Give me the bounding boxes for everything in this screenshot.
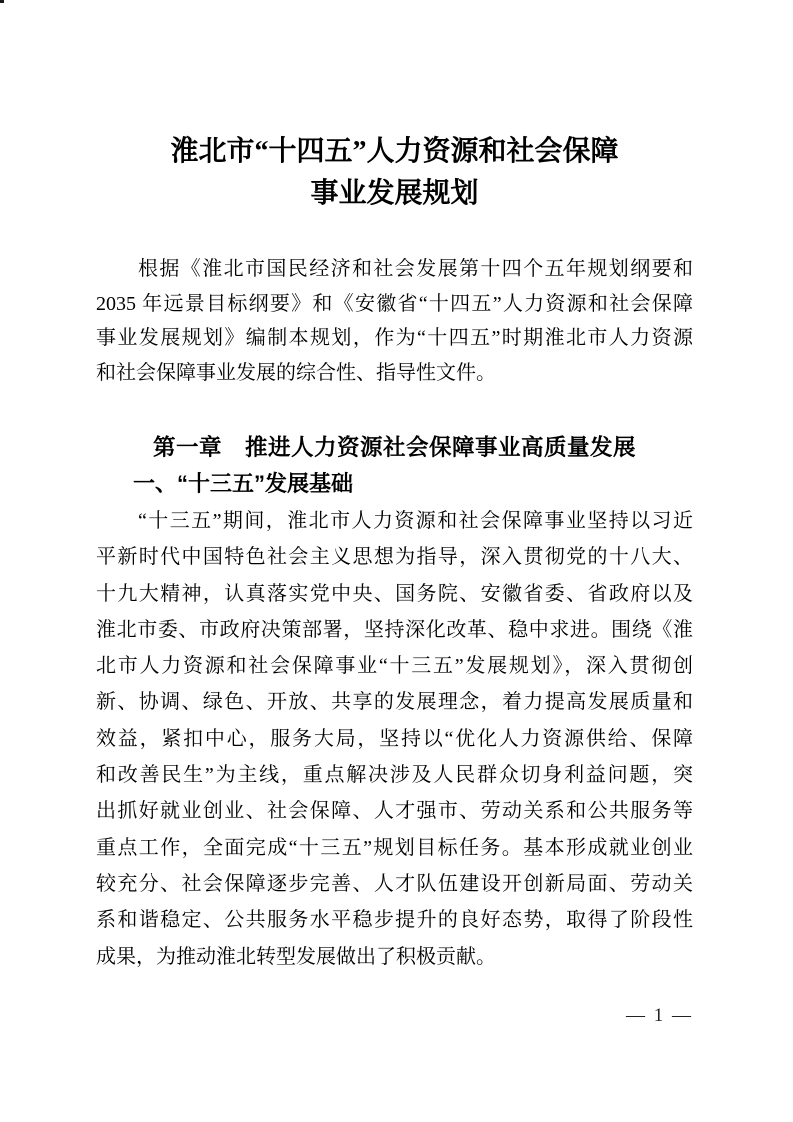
text-line: 北市人力资源和社会保障事业“十三五”发展规划》，深入贯彻创 bbox=[96, 648, 693, 684]
text-line: 2035 年远景目标纲要》和《安徽省“十四五”人力资源和社会保障 bbox=[96, 287, 693, 322]
page-content: 淮北市“十四五”人力资源和社会保障 事业发展规划 根据《淮北市国民经济和社会发展… bbox=[96, 0, 693, 1029]
scan-artifact bbox=[0, 0, 4, 3]
document-title: 淮北市“十四五”人力资源和社会保障 事业发展规划 bbox=[96, 131, 693, 215]
text-line: “十三五”期间，淮北市人力资源和社会保障事业坚持以习近 bbox=[96, 503, 693, 539]
text-line: 事业发展规划》编制本规划，作为“十四五”时期淮北市人力资源 bbox=[96, 321, 693, 356]
text-line: 和改善民生”为主线，重点解决涉及人民群众切身利益问题，突 bbox=[96, 757, 693, 793]
text-line: 十九大精神，认真落实党中央、国务院、安徽省委、省政府以及 bbox=[96, 576, 693, 612]
document-title-line1: 淮北市“十四五”人力资源和社会保障 bbox=[96, 131, 693, 173]
section-1-paragraph: “十三五”期间，淮北市人力资源和社会保障事业坚持以习近平新时代中国特色社会主义思… bbox=[96, 503, 693, 975]
text-line: 根据《淮北市国民经济和社会发展第十四个五年规划纲要和 bbox=[96, 252, 693, 287]
text-line: 重点工作，全面完成“十三五”规划目标任务。基本形成就业创业 bbox=[96, 830, 693, 866]
section-1-heading: 一、“十三五”发展基础 bbox=[96, 466, 693, 502]
document-title-line2: 事业发展规划 bbox=[96, 173, 693, 215]
text-line: 平新时代中国特色社会主义思想为指导，深入贯彻党的十八大、 bbox=[96, 539, 693, 575]
document-page: 淮北市“十四五”人力资源和社会保障 事业发展规划 根据《淮北市国民经济和社会发展… bbox=[0, 0, 793, 1122]
text-line: 淮北市委、市政府决策部署，坚持深化改革、稳中求进。围绕《淮 bbox=[96, 612, 693, 648]
text-line: 和社会保障事业发展的综合性、指导性文件。 bbox=[96, 356, 693, 391]
chapter-1-heading: 第一章 推进人力资源社会保障事业高质量发展 bbox=[96, 430, 693, 466]
page-number: — 1 — bbox=[96, 1003, 693, 1029]
text-line: 效益，紧扣中心，服务大局，坚持以“优化人力资源供给、保障 bbox=[96, 721, 693, 757]
text-line: 新、协调、绿色、开放、共享的发展理念，着力提高发展质量和 bbox=[96, 684, 693, 720]
text-line: 较充分、社会保障逐步完善、人才队伍建设开创新局面、劳动关 bbox=[96, 866, 693, 902]
text-line: 系和谐稳定、公共服务水平稳步提升的良好态势，取得了阶段性 bbox=[96, 902, 693, 938]
intro-paragraph: 根据《淮北市国民经济和社会发展第十四个五年规划纲要和2035 年远景目标纲要》和… bbox=[96, 252, 693, 390]
text-line: 出抓好就业创业、社会保障、人才强市、劳动关系和公共服务等 bbox=[96, 793, 693, 829]
text-line: 成果，为推动淮北转型发展做出了积极贡献。 bbox=[96, 939, 693, 975]
